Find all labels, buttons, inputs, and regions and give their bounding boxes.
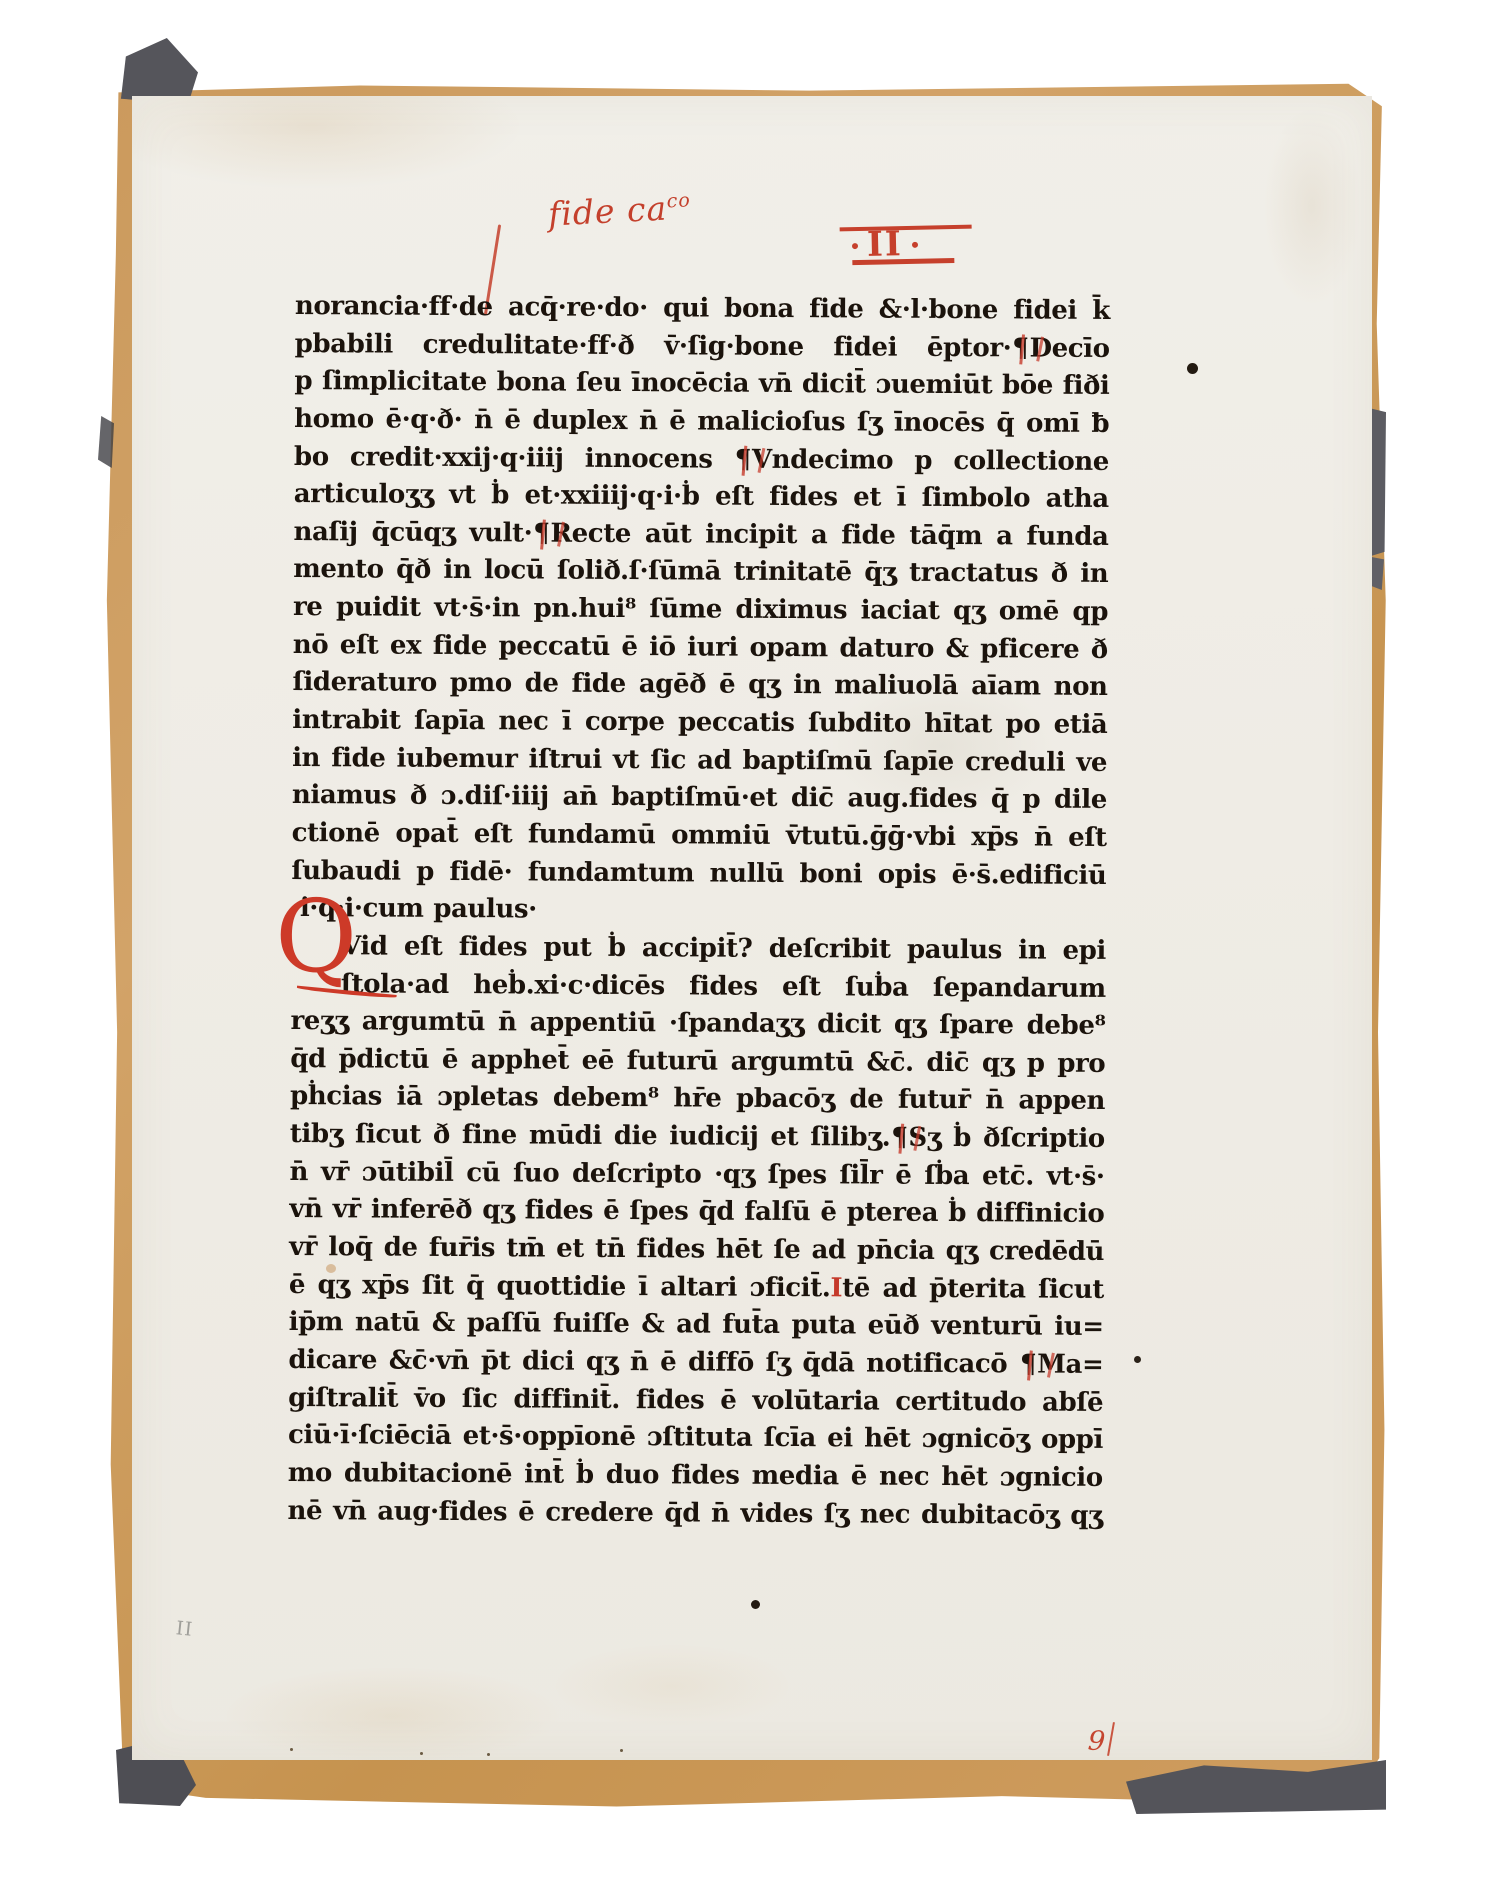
- text-segment: nē vn̄ aug·fides ē credere q̄d n̄ vides …: [287, 1495, 1102, 1530]
- red-letter: I: [830, 1273, 842, 1303]
- text-segment: ſubaudi p fidē· fundamtum nullū boni opi…: [291, 856, 1106, 891]
- text-segment: ē qʒ xp̄s ſit q̄ quottidie ī altari ɔfic…: [289, 1270, 831, 1303]
- ink-spot: [1134, 1356, 1141, 1363]
- text-segment: ip̄m natū & paſſū fuiſſe & ad fut̄a puta…: [289, 1307, 1104, 1342]
- text-segment: q̄d p̄dictū ē apphet̄ eē futurū argumtū …: [290, 1044, 1105, 1079]
- text-line-10: nō eſt ex fide peccatū ē iō iuri opam da…: [293, 627, 1108, 670]
- text-line-21: q̄d p̄dictū ē apphet̄ eē futurū argumtū …: [290, 1041, 1105, 1084]
- text-segment: tibʒ ſicut ð fine mūdi die iudicij et ſi…: [290, 1119, 891, 1153]
- text-line-5: bo credit·xxij·q·iiij innocens ¶Vndecimo…: [294, 439, 1109, 482]
- text-line-19: ſtola·ad heḃ.xi·c·dicēs fides eſt ſuḃa ſ…: [291, 966, 1106, 1009]
- backing-corner-top-left: [116, 38, 198, 104]
- ink-spot: [751, 1600, 760, 1609]
- edge-speck: [487, 1753, 490, 1756]
- text-segment: a=: [1066, 1350, 1104, 1380]
- text-line-22: pḣcias iā ɔpletas debem⁸ hr̄e pbacōʒ de …: [290, 1078, 1105, 1121]
- text-line-11: ſideraturo pmo de fide agēð ē qʒ in mali…: [292, 664, 1107, 707]
- text-line-29: dicare &c̄·vn̄ p̄t dici qʒ n̄ ē diffō ſʒ…: [288, 1342, 1103, 1385]
- folio-dot-right: [912, 241, 918, 247]
- text-line-15: ctionē opat̄ eſt fundamū ommiū v̄tutū.ḡḡ…: [292, 815, 1107, 858]
- text-segment: ſtola·ad heḃ.xi·c·dicēs fides eſt ſuḃa ſ…: [341, 969, 1106, 1004]
- text-line-18: Vid eſt fides put ḃ accipit̄? deſcribit …: [291, 928, 1106, 971]
- text-line-20: reʒʒ argumtū n̄ appentiū ·ſpandaʒʒ dicit…: [290, 1003, 1105, 1046]
- text-line-8: mento q̄ð in locū ſolið.ſ·ſūmā trinitatē…: [293, 551, 1108, 594]
- text-segment: ctionē opat̄ eſt fundamū ommiū v̄tutū.ḡḡ…: [292, 818, 1107, 853]
- text-segment: ʒ ḃ ðſcriptio: [927, 1123, 1105, 1154]
- rubricated-letter: S: [908, 1123, 927, 1153]
- quire-signature-mark: 9: [1087, 1725, 1106, 1757]
- backing-edge-left-chip: [98, 416, 114, 468]
- rubricated-letter: M: [1037, 1349, 1066, 1379]
- rubricated-letter: V: [752, 444, 772, 474]
- edge-speck: [290, 1748, 293, 1751]
- text-line-24: n̄ vr̄ ɔūtibil̄ cū ſuo deſcripto ·qʒ ſpe…: [289, 1154, 1104, 1197]
- rubricated-letter: D: [1029, 333, 1051, 363]
- text-segment: intrabit ſapīa nec ī corpe peccatis ſubd…: [292, 705, 1107, 740]
- text-line-12: intrabit ſapīa nec ī corpe peccatis ſubd…: [292, 702, 1107, 745]
- text-line-26: vr̄ loq̄ de fur̄is tm̄ et tn̄ fides hēt …: [289, 1229, 1104, 1272]
- folio-numeral-block: II: [838, 225, 977, 266]
- text-segment: n̄ vr̄ ɔūtibil̄ cū ſuo deſcripto ·qʒ ſpe…: [290, 1157, 1105, 1192]
- edge-speck: [620, 1749, 623, 1752]
- capitulum-mark: ¶: [532, 518, 550, 548]
- capitulum-mark: ¶: [1019, 1349, 1037, 1379]
- text-segment: nō eſt ex fide peccatū ē iō iuri opam da…: [293, 630, 1108, 665]
- text-segment: ecīo: [1052, 333, 1110, 363]
- text-segment: vr̄ loq̄ de fur̄is tm̄ et tn̄ fides hēt …: [289, 1232, 1104, 1267]
- text-segment: bo credit·xxij·q·iiij innocens: [294, 442, 734, 475]
- text-line-27: ē qʒ xp̄s ſit q̄ quottidie ī altari ɔfic…: [289, 1267, 1104, 1310]
- text-line-17: ·i·q·i·cum paulus·: [291, 890, 1106, 933]
- text-segment: p ſimplicitate bona ſeu īnocēcia vn̄ dic…: [294, 366, 1109, 401]
- text-segment: ecte aūt incipit a fide tāq̄m a funda: [572, 519, 1109, 552]
- text-line-9: re puidit vt·s̄·in pn.hui⁸ ſūme diximus …: [293, 589, 1108, 632]
- text-line-31: ciū·ī·ſciēciā et·s̄·oppīonē ɔſtituta ſcī…: [288, 1417, 1103, 1460]
- lombard-initial-q: Q: [275, 892, 358, 982]
- capitulum-mark: ¶: [890, 1123, 908, 1153]
- text-segment: pbabili credulitate·ff·ð v̄·ſig·bone fid…: [295, 329, 1012, 363]
- text-segment: in fide iubemur iſtrui vt ſic ad baptiſm…: [292, 743, 1107, 778]
- text-segment: naſij q̄cūqʒ vult·: [293, 517, 532, 548]
- text-segment: ciū·ī·ſciēciā et·s̄·oppīonē ɔſtituta ſcī…: [288, 1420, 1103, 1455]
- text-line-23: tibʒ ſicut ð fine mūdi die iudicij et ſi…: [290, 1116, 1105, 1159]
- text-segment: mento q̄ð in locū ſolið.ſ·ſūmā trinitatē…: [293, 554, 1108, 589]
- rubric-superscript: co: [666, 189, 691, 212]
- foxing-spot: [326, 1264, 336, 1273]
- rubric-text: fide ca: [547, 189, 668, 234]
- text-segment: re puidit vt·s̄·in pn.hui⁸ ſūme diximus …: [293, 592, 1108, 627]
- text-segment: vn̄ vr̄ inferēð qʒ fides ē ſpes q̄d falſ…: [289, 1194, 1104, 1229]
- text-line-25: vn̄ vr̄ inferēð qʒ fides ē ſpes q̄d falſ…: [289, 1191, 1104, 1234]
- text-line-14: niamus ð ɔ.diſ·iiij an̄ baptiſmū·et dic̄…: [292, 777, 1107, 820]
- capitulum-mark: ¶: [1011, 333, 1029, 363]
- text-segment: dicare &c̄·vn̄ p̄t dici qʒ n̄ ē diffō ſʒ…: [288, 1345, 1019, 1379]
- text-segment: pḣcias iā ɔpletas debem⁸ hr̄e pbacōʒ de …: [290, 1081, 1105, 1116]
- text-line-33: nē vn̄ aug·fides ē credere q̄d n̄ vides …: [287, 1492, 1102, 1535]
- text-line-4: homo ē·q·ð· n̄ ē duplex n̄ ē malicioſus …: [294, 401, 1109, 444]
- text-segment: reʒʒ argumtū n̄ appentiū ·ſpandaʒʒ dicit…: [290, 1006, 1105, 1041]
- text-segment: norancia·ff·de acq̄·re·do· qui bona fide…: [295, 291, 1110, 326]
- ink-spot: [1187, 363, 1198, 374]
- text-segment: giſtralit̄ v̄o ſic diffinit̄. fides ē vo…: [288, 1383, 1103, 1418]
- text-line-13: in fide iubemur iſtrui vt ſic ad baptiſm…: [292, 740, 1107, 783]
- text-line-32: mo dubitacionē int̄ ḃ duo fides media ē …: [288, 1455, 1103, 1498]
- rubricated-letter: R: [550, 518, 571, 548]
- text-segment: articuloʒʒ vt ḃ et·xxiiij·q·i·ḃ eſt fide…: [294, 479, 1109, 514]
- text-line-2: pbabili credulitate·ff·ð v̄·ſig·bone fid…: [295, 326, 1110, 369]
- folio-numeral: II: [867, 231, 903, 259]
- edge-speck: [420, 1752, 423, 1755]
- folio-dot-left: [852, 243, 858, 249]
- text-block: Q norancia·ff·de acq̄·re·do· qui bona fi…: [287, 288, 1110, 1535]
- text-line-7: naſij q̄cūqʒ vult·¶Recte aūt incipit a f…: [293, 514, 1108, 557]
- text-line-1: norancia·ff·de acq̄·re·do· qui bona fide…: [295, 288, 1110, 331]
- text-segment: homo ē·q·ð· n̄ ē duplex n̄ ē malicioſus …: [294, 404, 1109, 439]
- text-line-28: ip̄m natū & paſſū fuiſſe & ad fut̄a puta…: [289, 1304, 1104, 1347]
- photo-canvas: fide caco II Q norancia·ff·de acq̄·re·do…: [0, 0, 1500, 1877]
- text-segment: Vid eſt fides put ḃ accipit̄? deſcribit …: [341, 931, 1106, 966]
- text-segment: niamus ð ɔ.diſ·iiij an̄ baptiſmū·et dic̄…: [292, 780, 1107, 815]
- capitulum-mark: ¶: [734, 444, 752, 474]
- text-line-16: ſubaudi p fidē· fundamtum nullū boni opi…: [291, 853, 1106, 896]
- text-line-3: p ſimplicitate bona ſeu īnocēcia vn̄ dic…: [294, 363, 1109, 406]
- text-segment: ndecimo p collectione: [772, 444, 1109, 476]
- text-segment: ſideraturo pmo de fide agēð ē qʒ in mali…: [292, 667, 1107, 702]
- text-segment: mo dubitacionē int̄ ḃ duo fides media ē …: [288, 1458, 1103, 1493]
- text-line-30: giſtralit̄ v̄o ſic diffinit̄. fides ē vo…: [288, 1380, 1103, 1423]
- pencil-folio-mark: II: [175, 1617, 194, 1641]
- text-line-6: articuloʒʒ vt ḃ et·xxiiij·q·i·ḃ eſt fide…: [294, 476, 1109, 519]
- text-segment: tē ad p̄terita ſicut: [842, 1273, 1104, 1305]
